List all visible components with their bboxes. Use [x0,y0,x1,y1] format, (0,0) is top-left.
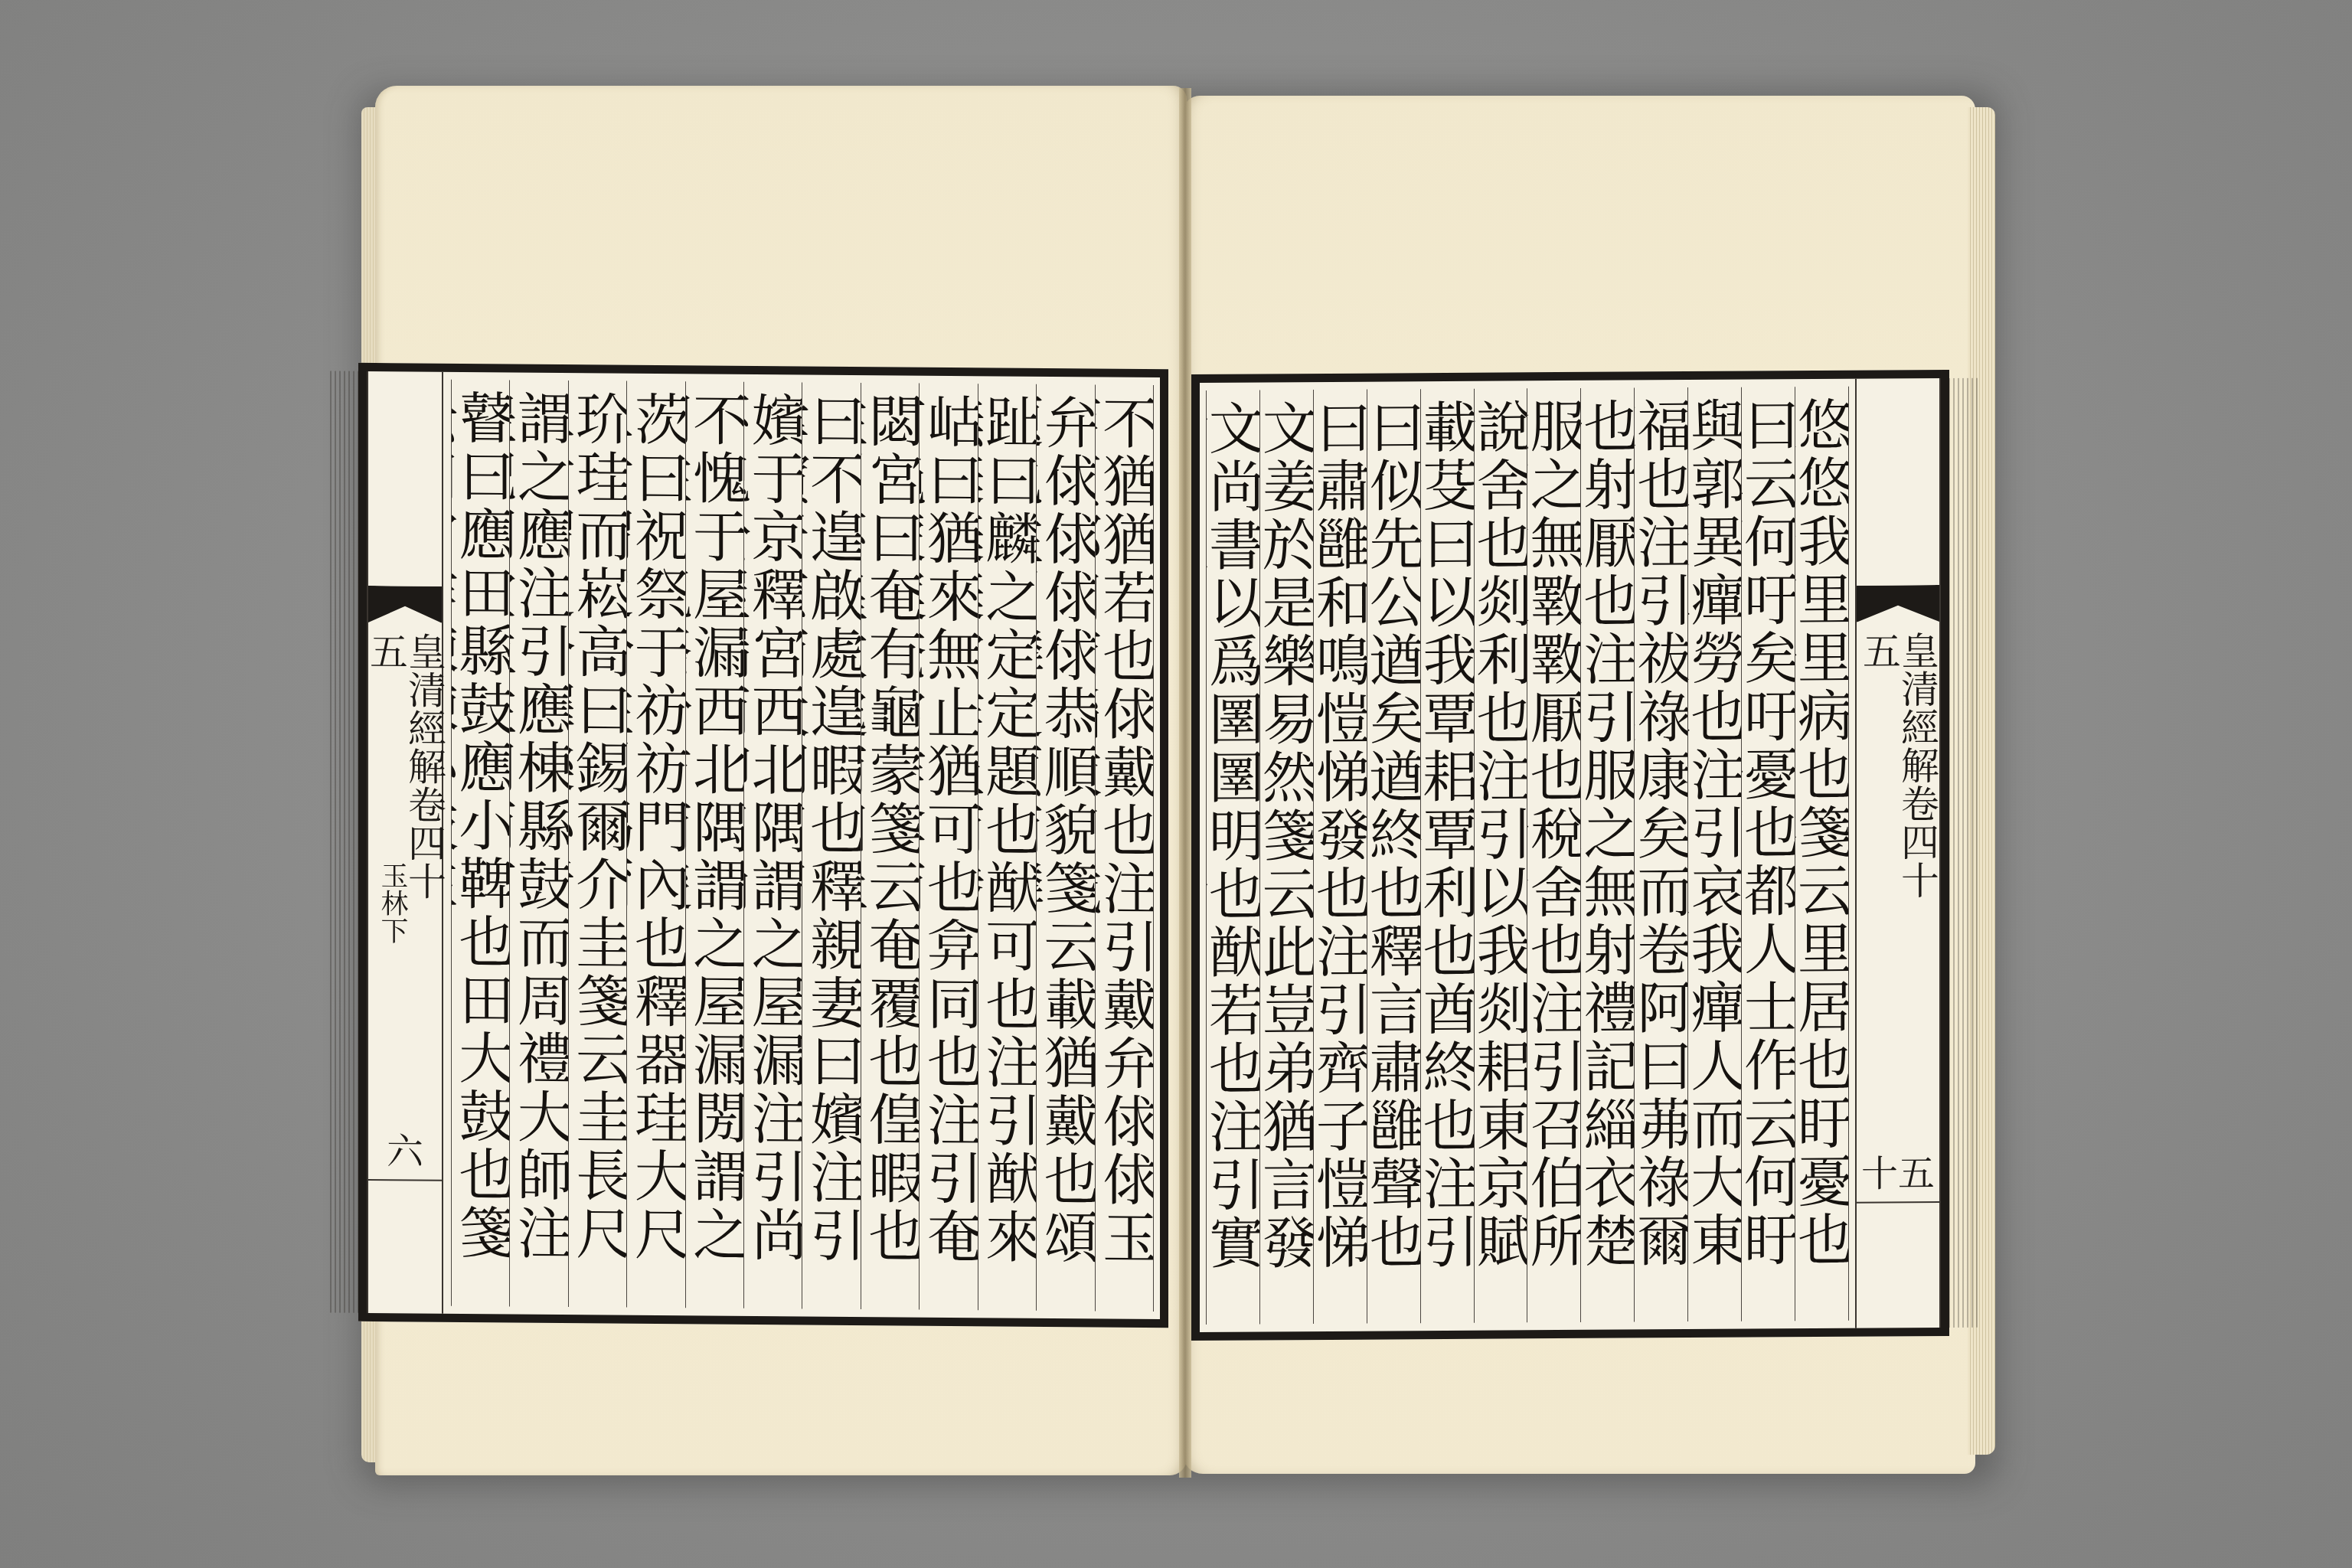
text-column: 曰似先公遒矣遒終也釋言肅雝聲也注引肅雝和鳴而有瞽 [1367,389,1420,1323]
right-page-number: 十五 [1857,1144,1939,1204]
text-column: 曰肅雝和鳴愷悌發也注引齊子愷悌而載驅曰齊子豈弟言 [1313,390,1367,1324]
fishtail-mark-icon [1857,585,1939,622]
left-print-frame: 皇清經解卷四十五 玉林下 六 不猶猶若也俅戴也注引戴弁俅俅玉篇頁部同而緇衣曰載 … [358,363,1168,1328]
text-column: 悠悠我里里病也箋云里居也盱憂也注引云何盱矣而卷耳 [1795,387,1849,1321]
text-column: 不愧于屋漏西北隅謂之屋漏閍謂之門注引祝祭於祊而楚 [685,381,743,1308]
text-column: 玠珪而崧高曰錫爾介圭箋云圭長尺二寸謂之介釋樂小者 [568,381,626,1308]
text-column: 閟宮曰奄有龜蒙箋云奄覆也偟暇也注引不偟啟處而四牡 [861,383,919,1310]
text-column: 文姜於是樂易然箋云此豈弟猶言發夕也豈讀當爲闓弟古 [1259,390,1313,1324]
fishtail-mark-icon [368,586,442,623]
text-column: 弁俅俅俅俅恭順貌箋云載猶戴也頌題也注引麟之頌而麟 [1036,384,1094,1312]
left-banxin: 皇清經解卷四十五 玉林下 六 [367,371,443,1314]
right-banxin: 皇清經解卷四十五 十五 [1855,378,1941,1328]
book-gutter [1179,88,1191,1478]
text-column: 也射厭也注引服之無射禮記緇衣楚辭招魂注同而葛覃曰 [1580,387,1634,1321]
text-column: 與郭異癉勞也注引哀我癉人而大東曰哀我憚人憚勞也祓 [1687,387,1741,1321]
text-column: 茨曰祝祭于祊祊門內也釋器珪大尺二寸謂之玠注引錫爾 [626,381,684,1308]
text-column: 謂之應注引應棟縣鼓而周禮大師注禮記明堂位注同而有 [509,380,567,1307]
left-banxin-subtitle: 玉林下 [373,861,412,944]
text-column: 福也注引祓祿康矣而卷阿曰茀祿爾康矣茀小也箋云茀福 [1634,387,1687,1321]
right-banxin-title: 皇清經解卷四十五 [1857,631,1939,915]
right-edge-smear [1949,378,1979,1328]
right-text-columns: 悠悠我里里病也箋云里居也盱憂也注引云何盱矣而卷耳 曰云何吁矣吁憂也都人士作云何盱… [1206,387,1849,1325]
text-column: 不猶猶若也俅戴也注引戴弁俅俅玉篇頁部同而緇衣曰載 [1095,384,1154,1312]
text-column: 說舍也剡利也注引以我剡耜東京賦介馭閒以剡耜本此而 [1474,388,1527,1322]
left-page-number: 六 [368,1122,442,1181]
left-text-columns: 不猶猶若也俅戴也注引戴弁俅俅玉篇頁部同而緇衣曰載 弁俅俅俅俅恭順貌箋云載猶戴也頌… [451,380,1154,1312]
text-column: 岵曰猶來無止猶可也弇同也注引奄有龜蒙案奄當作弇而 [919,384,977,1311]
text-column: 瞽曰應田縣鼓應小鞞也田大鼓也箋云田當作棟棟小鼓在 [451,380,509,1307]
text-column: 曰不遑啟處遑暇也釋親妻曰嬪注引聿嬪于京而大明曰曰 [802,382,860,1309]
left-edge-smear [330,371,361,1313]
text-column: 嬪于京釋宮西北隅謂之屋漏注引尚不媿於屋漏而抑曰尚 [743,382,802,1309]
text-column: 服之無斁斁厭也稅舍也注引召伯所稅而甘棠曰召伯所說 [1527,388,1580,1322]
text-column: 載芟曰以我覃耜覃利也酋終也注引嗣先公爾酋矣而卷阿 [1420,389,1474,1323]
text-column: 曰云何吁矣吁憂也都人士作云何盱矣與郭同箋云盱病也 [1741,387,1795,1321]
text-column: 文尚書以爲圛圛明也猷若也注引實命不猷而小星曰實命 [1206,390,1259,1324]
right-print-frame: 皇清經解卷四十五 十五 悠悠我里里病也箋云里居也盱憂也注引云何盱矣而卷耳 曰云何… [1191,370,1949,1341]
text-column: 趾曰麟之定定題也猷可也注引猷來無棄棄棄當作止而陟 [978,384,1036,1311]
